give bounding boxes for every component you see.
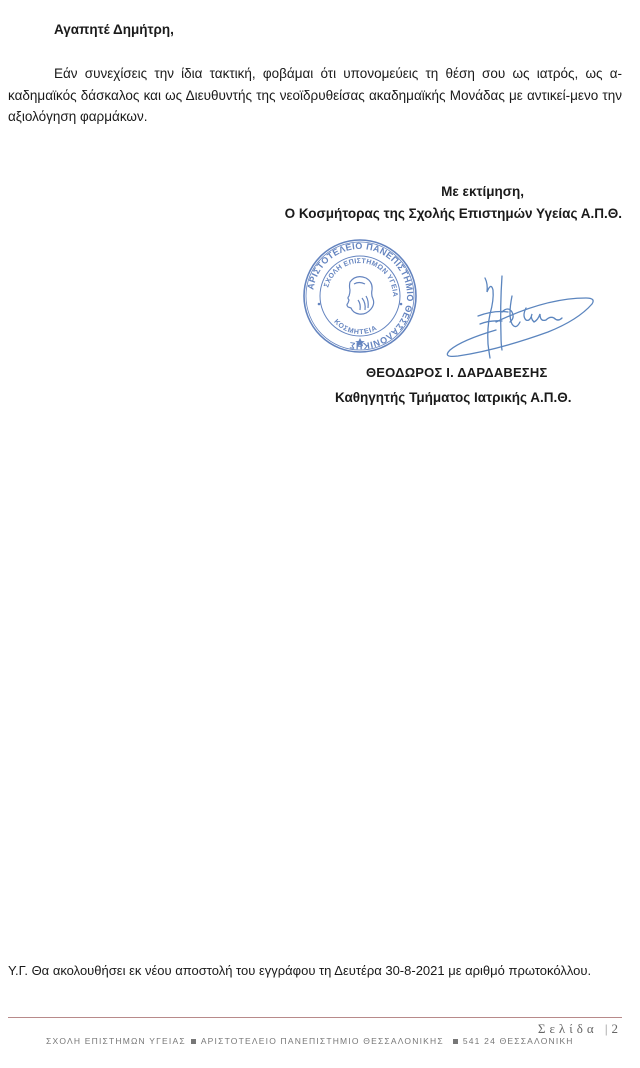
signer-role: Καθηγητής Τμήματος Ιατρικής Α.Π.Θ.	[335, 390, 572, 405]
square-bullet-icon	[453, 1039, 458, 1044]
svg-text:ΚΟΣΜΗΤΕΙΑ: ΚΟΣΜΗΤΕΙΑ	[332, 318, 378, 336]
letter-body-text: Εάν συνεχίσεις την ίδια τακτική, φοβάμαι…	[8, 66, 622, 124]
sender-title: Ο Κοσμήτορας της Σχολής Επιστημών Υγείας…	[285, 206, 622, 221]
footer-school: ΣΧΟΛΗ ΕΠΙΣΤΗΜΩΝ ΥΓΕΙΑΣ	[46, 1036, 186, 1046]
aristotle-head-icon	[347, 277, 374, 314]
square-bullet-icon	[191, 1039, 196, 1044]
stamp-seal-icon: ΑΡΙΣΤΟΤΕΛΕΙΟ ΠΑΝΕΠΙΣΤΗΜΙΟ ΘΕΣΣΑΛΟΝΙΚΗΣ Σ…	[302, 238, 418, 354]
salutation: Αγαπητέ Δημήτρη,	[54, 22, 174, 37]
official-stamp: ΑΡΙΣΤΟΤΕΛΕΙΟ ΠΑΝΕΠΙΣΤΗΜΙΟ ΘΕΣΣΑΛΟΝΙΚΗΣ Σ…	[302, 238, 418, 354]
footer-address: ΣΧΟΛΗ ΕΠΙΣΤΗΜΩΝ ΥΓΕΙΑΣΑΡΙΣΤΟΤΕΛΕΙΟ ΠΑΝΕΠ…	[46, 1036, 574, 1046]
page-label: Σελίδα	[538, 1021, 598, 1036]
handwritten-signature-icon	[440, 268, 600, 360]
footer-city: 541 24 ΘΕΣΣΑΛΟΝΙΚΗ	[463, 1036, 574, 1046]
page-separator: |	[605, 1021, 612, 1036]
postscript: Υ.Γ. Θα ακολουθήσει εκ νέου αποστολή του…	[8, 963, 591, 978]
page-number: Σελίδα |2	[538, 1021, 622, 1037]
stamp-bottom-text: ΚΟΣΜΗΤΕΙΑ	[332, 318, 378, 336]
closing: Με εκτίμηση,	[441, 184, 524, 199]
footer-university: ΑΡΙΣΤΟΤΕΛΕΙΟ ΠΑΝΕΠΙΣΤΗΜΙΟ ΘΕΣΣΑΛΟΝΙΚΗΣ	[201, 1036, 444, 1046]
signature	[440, 268, 600, 360]
footer-divider	[8, 1017, 622, 1018]
page-number-value: 2	[612, 1021, 623, 1036]
signer-name: ΘΕΟΔΩΡΟΣ Ι. ΔΑΡΔΑΒΕΣΗΣ	[366, 365, 547, 380]
letter-body: Εάν συνεχίσεις την ίδια τακτική, φοβάμαι…	[8, 63, 622, 128]
